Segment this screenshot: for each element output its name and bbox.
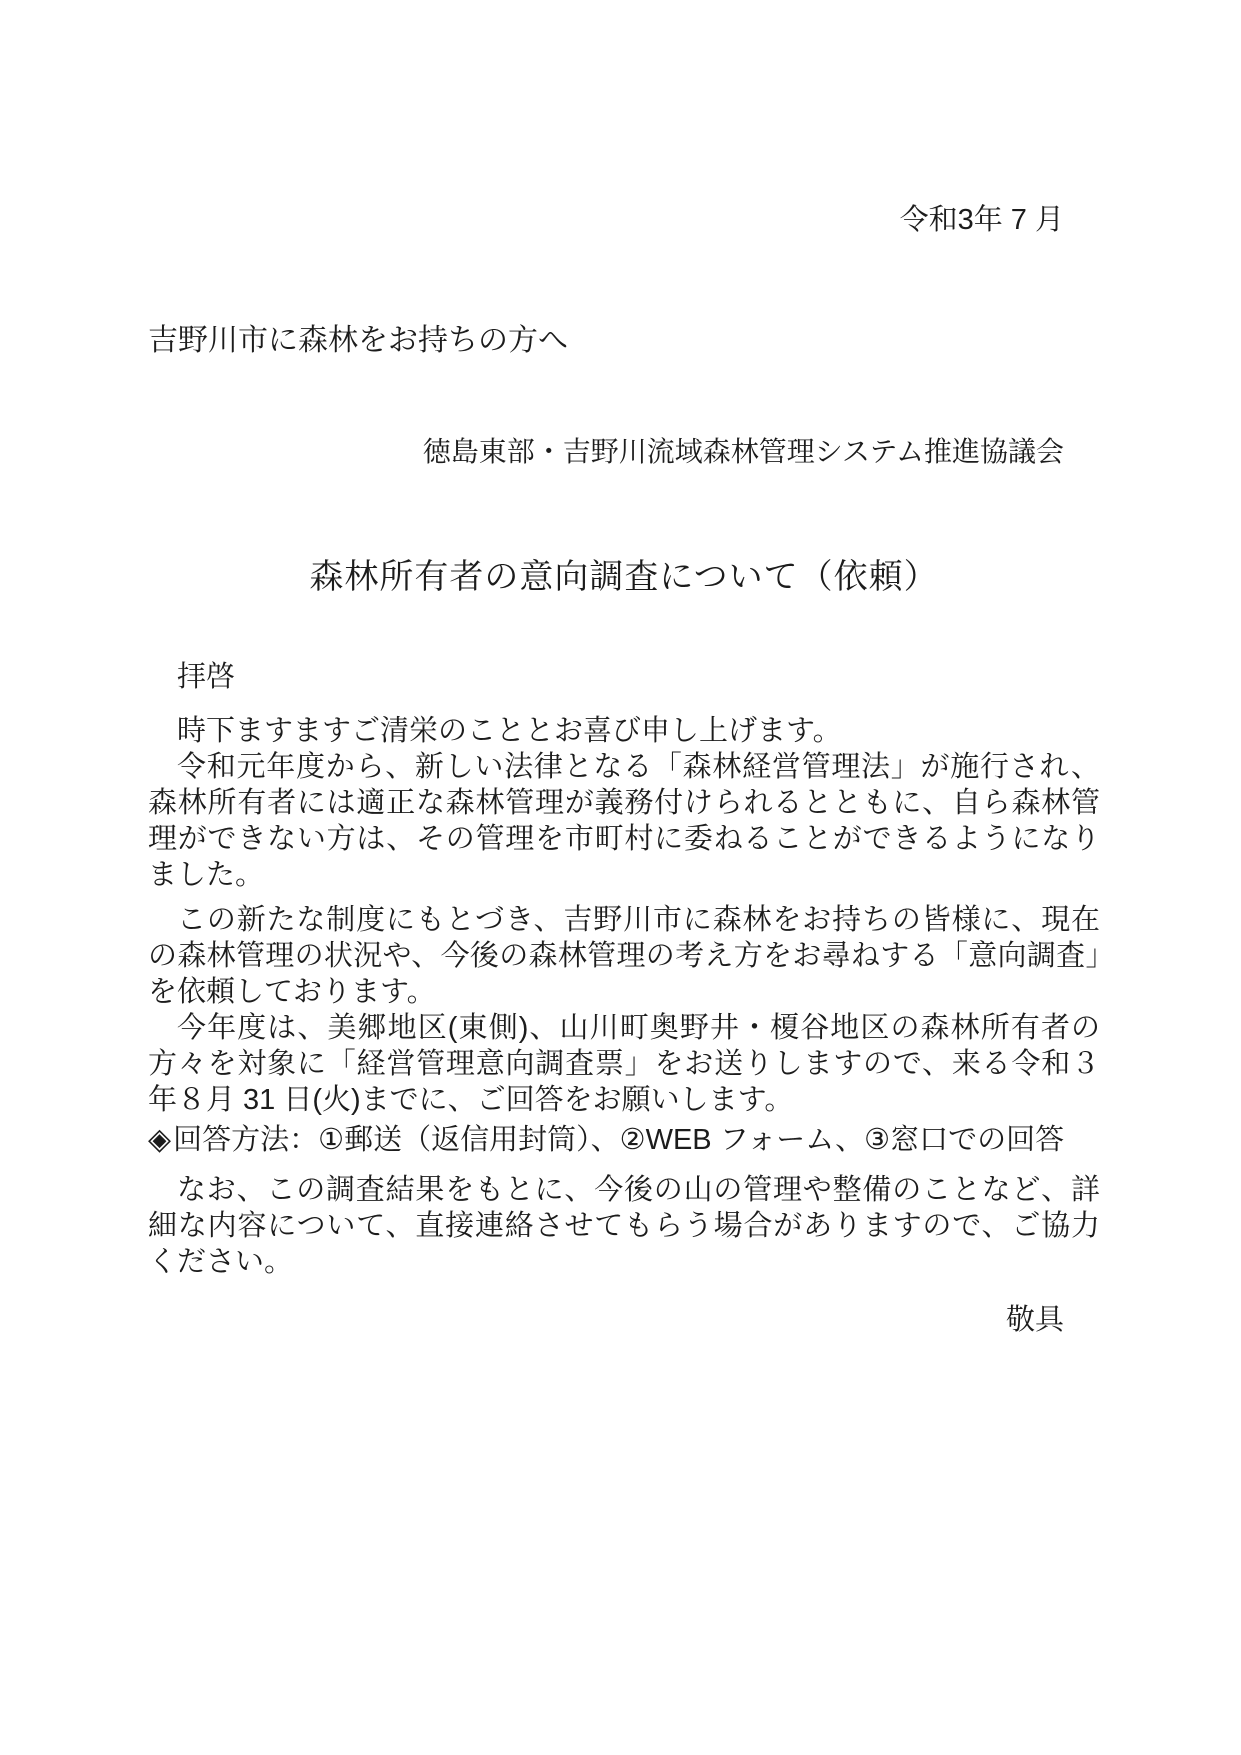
reply-method-line: ◈回答方法：①郵送（返信用封筒）、②WEB フォーム、③窓口での回答 [148, 1122, 1100, 1158]
sender-organization: 徳島東部・吉野川流域森林管理システム推進協議会 [148, 434, 1100, 470]
paragraph-law-background: 令和元年度から、新しい法律となる「森林経営管理法」が施行され、森林所有者には適正… [148, 749, 1100, 893]
paragraph-greeting: 時下ますますご清栄のこととお喜び申し上げます。 [148, 713, 1100, 749]
salutation: 拝啓 [148, 659, 1100, 695]
paragraph-survey-request: この新たな制度にもとづき、吉野川市に森林をお持ちの皆様に、現在の森林管理の状況や… [148, 902, 1100, 1010]
recipient-line: 吉野川市に森林をお持ちの方へ [148, 323, 1100, 359]
document-title: 森林所有者の意向調査について（依頼） [148, 555, 1100, 599]
paragraph-target-area-deadline: 今年度は、美郷地区(東側)、山川町奥野井・榎谷地区の森林所有者の方々を対象に「経… [148, 1010, 1100, 1118]
diamond-bullet-icon: ◈ [148, 1122, 171, 1158]
reply-method-text: 回答方法：①郵送（返信用封筒）、②WEB フォーム、③窓口での回答 [173, 1124, 1064, 1156]
closing-keigu: 敬具 [148, 1302, 1100, 1338]
paragraph-followup-note: なお、この調査結果をもとに、今後の山の管理や整備のことなど、詳細な内容について、… [148, 1172, 1100, 1280]
letter-page: 令和3年 7 月 吉野川市に森林をお持ちの方へ 徳島東部・吉野川流域森林管理シス… [0, 0, 1241, 1755]
date-line: 令和3年 7 月 [148, 202, 1100, 238]
